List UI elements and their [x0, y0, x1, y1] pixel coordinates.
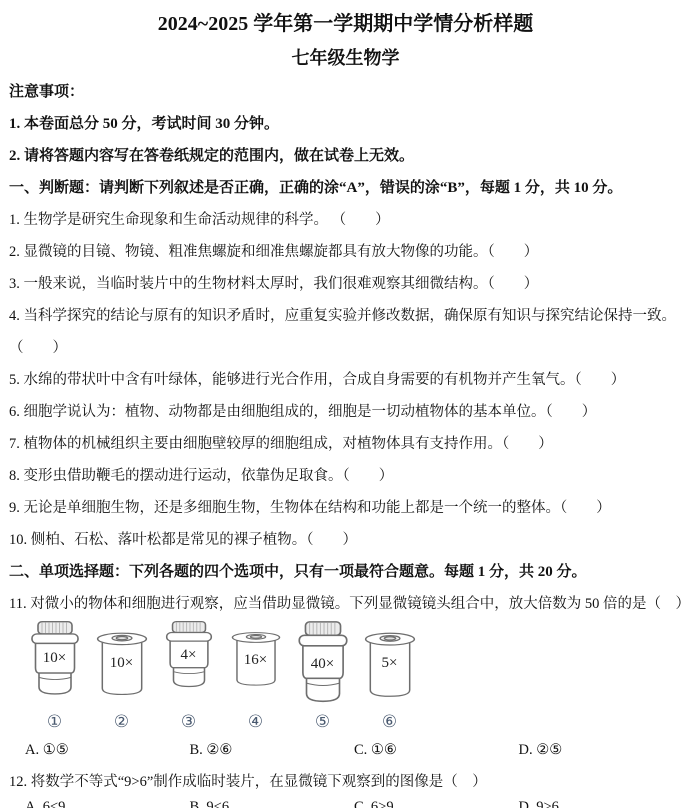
option-c: C. ①⑥	[354, 734, 519, 766]
lens-2: 10×	[88, 620, 155, 699]
section1-heading: 一、判断题：请判断下列叙述是否正确，正确的涂“A”，错误的涂“B”，每题 1 分…	[9, 172, 683, 204]
lens-magnification: 16×	[227, 652, 285, 668]
question-10: 10. 侧柏、石松、落叶松都是常见的裸子植物。（ ）	[9, 524, 683, 556]
question-5: 5. 水绵的带状叶中含有叶绿体，能够进行光合作用，合成自身需要的有机物并产生氧气…	[9, 364, 683, 396]
lens-1: 10×	[21, 620, 88, 700]
exam-body: 注意事项： 1. 本卷面总分 50 分，考试时间 30 分钟。 2. 请将答题内…	[0, 76, 691, 808]
lens-3: 4×	[155, 620, 222, 692]
notice-heading: 注意事项：	[9, 76, 683, 108]
notice-item-1: 1. 本卷面总分 50 分，考试时间 30 分钟。	[9, 108, 683, 140]
lens-number: ⑤	[289, 710, 356, 734]
section2-heading: 二、单项选择题：下列各题的四个选项中，只有一项最符合题意。每题 1 分，共 20…	[9, 556, 683, 588]
lens-number-row: ① ② ③ ④ ⑤ ⑥	[21, 710, 683, 734]
lens-magnification: 10×	[92, 655, 152, 671]
question-3: 3. 一般来说，当临时装片中的生物材料太厚时，我们很难观察其细微结构。（ ）	[9, 268, 683, 300]
question-12-options: A. 6<9 B. 9<6 C. 6>9 D. 9>6	[9, 798, 683, 808]
lens-number: ⑥	[356, 710, 423, 734]
notice-item-2: 2. 请将答题内容写在答卷纸规定的范围内，做在试卷上无效。	[9, 140, 683, 172]
exam-subtitle: 七年级生物学	[0, 40, 691, 76]
question-2: 2. 显微镜的目镜、物镜、粗准焦螺旋和细准焦螺旋都具有放大物像的功能。（ ）	[9, 236, 683, 268]
lens-6: 5×	[356, 620, 423, 701]
lens-number: ②	[88, 710, 155, 734]
question-8: 8. 变形虫借助鞭毛的摆动进行运动，依靠伪足取食。（ ）	[9, 460, 683, 492]
lens-magnification: 4×	[158, 647, 220, 663]
question-12: 12. 将数学不等式“9>6”制作成临时装片，在显微镜下观察到的图像是（ ）	[9, 766, 683, 798]
exam-title: 2024~2025 学年第一学期期中学情分析样题	[0, 0, 691, 40]
option-d: D. 9>6	[519, 798, 684, 808]
lens-magnification: 5×	[360, 655, 420, 671]
question-9: 9. 无论是单细胞生物，还是多细胞生物，生物体在结构和功能上都是一个统一的整体。…	[9, 492, 683, 524]
lens-number: ④	[222, 710, 289, 734]
option-d: D. ②⑤	[519, 734, 684, 766]
lens-5: 40×	[289, 620, 356, 708]
lens-number: ③	[155, 710, 222, 734]
question-11: 11. 对微小的物体和细胞进行观察，应当借助显微镜。下列显微镜镜头组合中，放大倍…	[9, 588, 683, 620]
question-7: 7. 植物体的机械组织主要由细胞壁较厚的细胞组成，对植物体具有支持作用。（ ）	[9, 428, 683, 460]
option-a: A. ①⑤	[25, 734, 190, 766]
question-4: 4. 当科学探究的结论与原有的知识矛盾时，应重复实验并修改数据，确保原有知识与探…	[9, 300, 683, 364]
lens-magnification: 10×	[23, 650, 87, 666]
question-11-options: A. ①⑤ B. ②⑥ C. ①⑥ D. ②⑤	[9, 734, 683, 766]
question-6: 6. 细胞学说认为：植物、动物都是由细胞组成的，细胞是一切动植物体的基本单位。（…	[9, 396, 683, 428]
option-b: B. 9<6	[190, 798, 355, 808]
lens-magnification: 40×	[290, 656, 356, 672]
lens-4: 16×	[222, 620, 289, 689]
exam-paper-page: 2024~2025 学年第一学期期中学情分析样题 七年级生物学 注意事项： 1.…	[0, 0, 691, 808]
option-b: B. ②⑥	[190, 734, 355, 766]
lens-number: ①	[21, 710, 88, 734]
option-c: C. 6>9	[354, 798, 519, 808]
question-1: 1. 生物学是研究生命现象和生命活动规律的科学。 （ ）	[9, 204, 683, 236]
microscope-lens-figure: 10× 10×	[21, 620, 683, 710]
option-a: A. 6<9	[25, 798, 190, 808]
